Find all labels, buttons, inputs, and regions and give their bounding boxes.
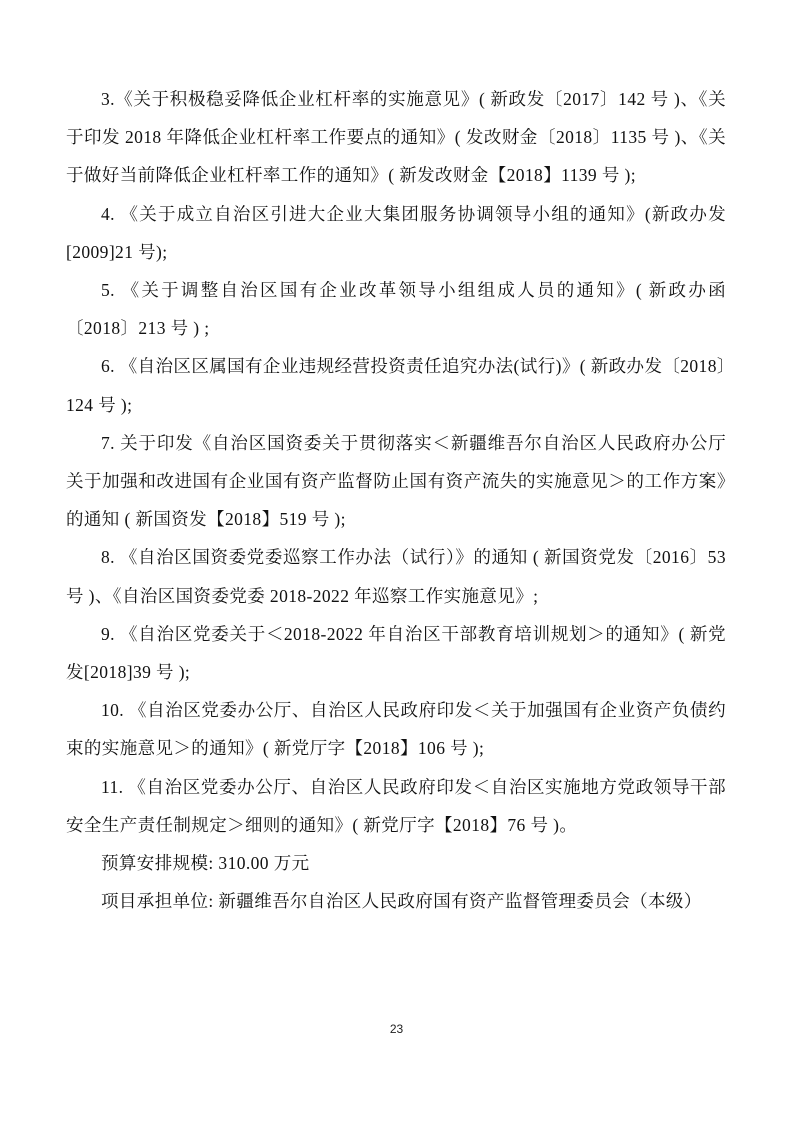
policy-item-10: 10. 《自治区党委办公厅、自治区人民政府印发＜关于加强国有企业资产负债约束的实… <box>66 691 726 767</box>
policy-item-8: 8. 《自治区国资委党委巡察工作办法（试行）》的通知 ( 新国资党发〔2016〕… <box>66 538 726 614</box>
policy-item-7: 7. 关于印发《自治区国资委关于贯彻落实＜新疆维吾尔自治区人民政府办公厅关于加强… <box>66 424 726 539</box>
policy-item-11: 11. 《自治区党委办公厅、自治区人民政府印发＜自治区实施地方党政领导干部安全生… <box>66 768 726 844</box>
budget-scale-line: 预算安排规模: 310.00 万元 <box>66 844 726 882</box>
policy-item-9: 9. 《自治区党委关于＜2018-2022 年自治区干部教育培训规划＞的通知》(… <box>66 615 726 691</box>
policy-item-6: 6. 《自治区区属国有企业违规经营投资责任追究办法(试行)》( 新政办发〔201… <box>66 347 726 423</box>
document-page: 3.《关于积极稳妥降低企业杠杆率的实施意见》( 新政发〔2017〕142 号 )… <box>0 0 793 1122</box>
policy-item-5: 5. 《关于调整自治区国有企业改革领导小组组成人员的通知》( 新政办函〔2018… <box>66 271 726 347</box>
page-number: 23 <box>0 1022 793 1036</box>
document-body: 3.《关于积极稳妥降低企业杠杆率的实施意见》( 新政发〔2017〕142 号 )… <box>66 80 726 920</box>
project-undertaker-line: 项目承担单位: 新疆维吾尔自治区人民政府国有资产监督管理委员会（本级） <box>66 882 726 920</box>
policy-item-3: 3.《关于积极稳妥降低企业杠杆率的实施意见》( 新政发〔2017〕142 号 )… <box>66 80 726 195</box>
policy-item-4: 4. 《关于成立自治区引进大企业大集团服务协调领导小组的通知》(新政办发[200… <box>66 195 726 271</box>
